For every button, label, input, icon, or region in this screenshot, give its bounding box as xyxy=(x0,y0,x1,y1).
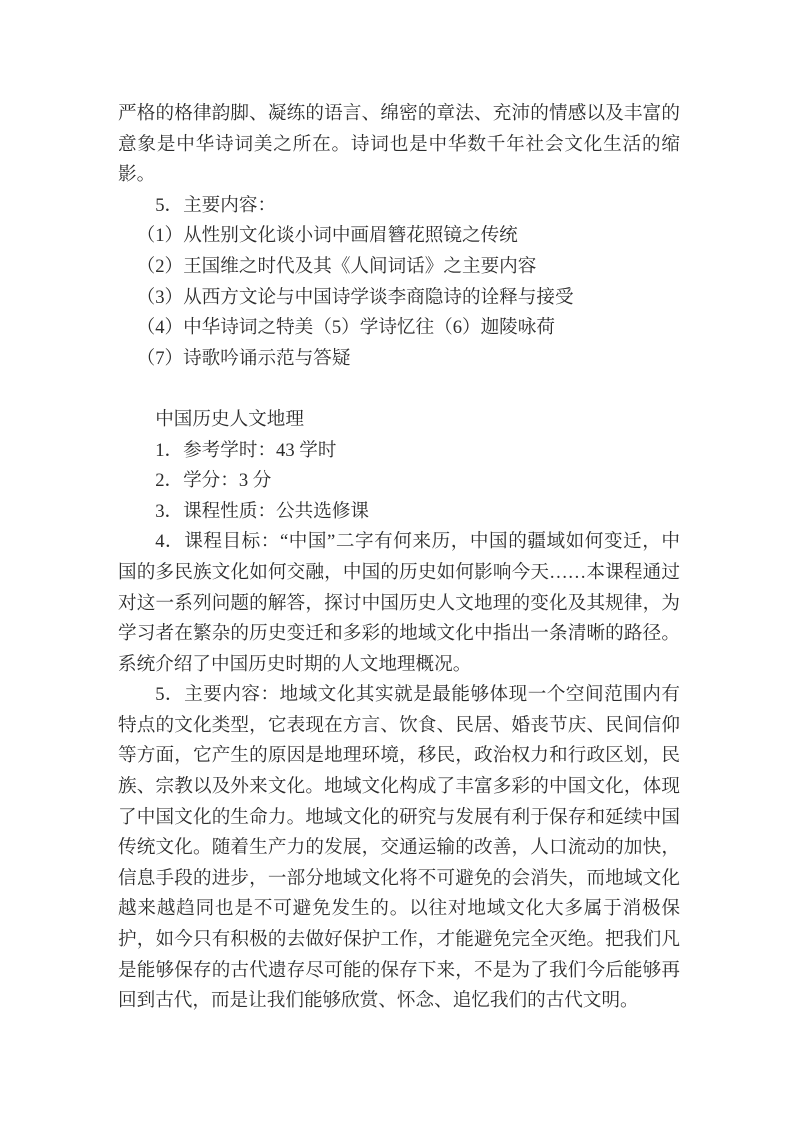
paragraph-line: 对这一系列问题的解答，探讨中国历史人文地理的变化及其规律，为 xyxy=(118,589,680,620)
paragraph-line: 回到古代，而是让我们能够欣赏、怀念、追忆我们的古代文明。 xyxy=(118,986,680,1017)
paragraph-line: 严格的格律韵脚、凝练的语言、绵密的章法、充沛的情感以及丰富的 xyxy=(118,99,680,130)
course-objective-line: 4．课程目标：“中国”二字有何来历，中国的疆域如何变迁，中 xyxy=(118,527,680,558)
paragraph-line: 系统介绍了中国历史时期的人文地理概况。 xyxy=(118,650,680,681)
paragraph-line: 是能够保存的古代遗存尽可能的保存下来，不是为了我们今后能够再 xyxy=(118,956,680,987)
content-item-3: （3）从西方文论与中国诗学谈李商隐诗的诠释与接受 xyxy=(118,283,680,314)
content-item-4-5-6: （4）中华诗词之特美（5）学诗忆往（6）迦陵咏荷 xyxy=(118,313,680,344)
document-page: 严格的格律韵脚、凝练的语言、绵密的章法、充沛的情感以及丰富的 意象是中华诗词美之… xyxy=(0,0,793,1122)
paragraph-line: 信息手段的进步，一部分地域文化将不可避免的会消失，而地域文化 xyxy=(118,864,680,895)
content-item-1: （1）从性别文化谈小词中画眉簪花照镜之传统 xyxy=(118,221,680,252)
course-title: 中国历史人文地理 xyxy=(118,405,680,436)
paragraph-line: 护，如今只有积极的去做好保护工作，才能避免完全灭绝。把我们凡 xyxy=(118,925,680,956)
paragraph-line: 国的多民族文化如何交融，中国的历史如何影响今天……本课程通过 xyxy=(118,558,680,589)
content-item-2: （2）王国维之时代及其《人间词话》之主要内容 xyxy=(118,252,680,283)
course-credits: 2．学分：3 分 xyxy=(118,466,680,497)
main-content-heading: 5．主要内容： xyxy=(118,191,680,222)
paragraph-line: 特点的文化类型，它表现在方言、饮食、民居、婚丧节庆、民间信仰 xyxy=(118,711,680,742)
paragraph-line: 越来越趋同也是不可避免发生的。以往对地域文化大多属于消极保 xyxy=(118,894,680,925)
paragraph-line: 族、宗教以及外来文化。地域文化构成了丰富多彩的中国文化，体现 xyxy=(118,772,680,803)
paragraph-line: 等方面，它产生的原因是地理环境，移民，政治权力和行政区划，民 xyxy=(118,741,680,772)
paragraph-line: 了中国文化的生命力。地域文化的研究与发展有利于保存和延续中国 xyxy=(118,803,680,834)
paragraph-line: 意象是中华诗词美之所在。诗词也是中华数千年社会文化生活的缩 xyxy=(118,130,680,161)
content-item-7: （7）诗歌吟诵示范与答疑 xyxy=(118,344,680,375)
blank-line xyxy=(118,374,680,405)
main-content-line: 5．主要内容：地域文化其实就是最能够体现一个空间范围内有 xyxy=(118,680,680,711)
course-hours: 1．参考学时：43 学时 xyxy=(118,436,680,467)
paragraph-line: 学习者在繁杂的历史变迁和多彩的地域文化中指出一条清晰的路径。 xyxy=(118,619,680,650)
course-type: 3．课程性质：公共选修课 xyxy=(118,497,680,528)
paragraph-line: 传统文化。随着生产力的发展，交通运输的改善，人口流动的加快， xyxy=(118,833,680,864)
paragraph-line: 影。 xyxy=(118,160,680,191)
